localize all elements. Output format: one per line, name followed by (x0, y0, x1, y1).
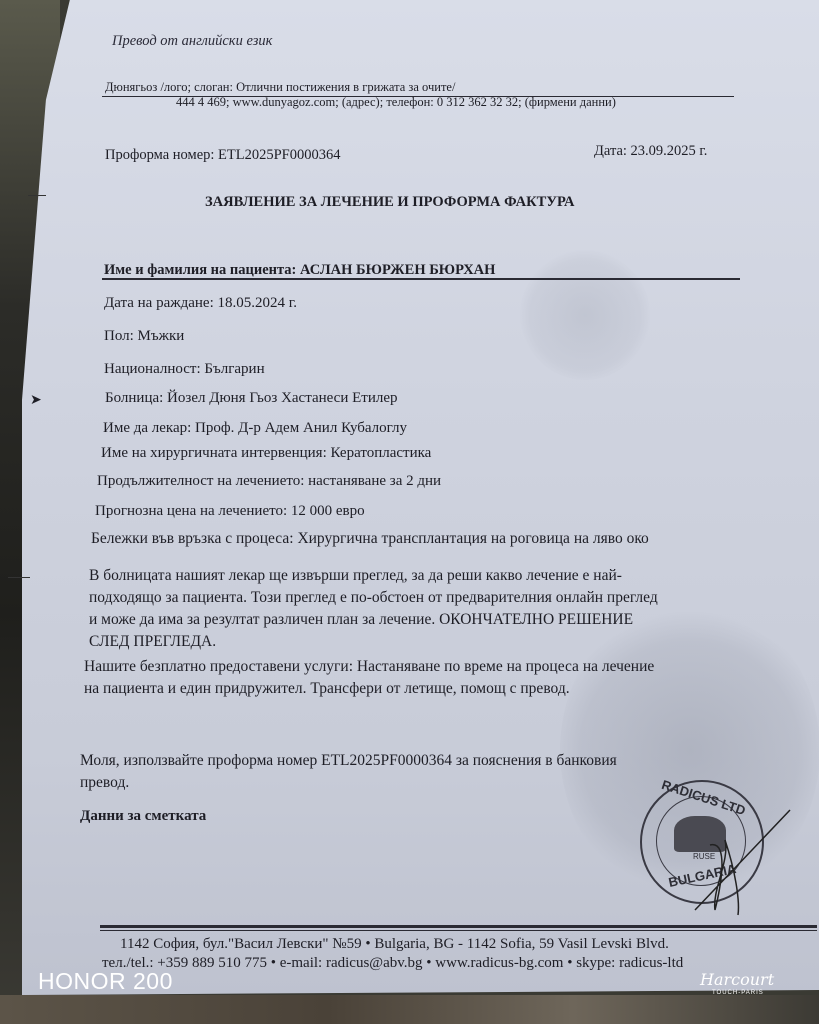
footer-address: 1142 София, бул."Васил Левски" №59 • Bul… (120, 936, 669, 953)
translation-note: Превод от английски език (112, 33, 272, 50)
paragraph-examination-line: СЛЕД ПРЕГЛЕДА. (89, 631, 658, 653)
field-birth-date: Дата на раждане: 18.05.2024 г. (104, 295, 297, 312)
paragraph-examination-line: и може да има за резултат различен план … (89, 609, 658, 631)
proforma-number: Проформа номер: ETL2025PF0000364 (105, 147, 340, 164)
footer-rule-bottom (100, 930, 817, 931)
field-hospital: Болница: Йозел Дюня Гьоз Хастанеси Етиле… (105, 390, 398, 407)
paragraph-examination: В болницата нашият лекар ще извърши прег… (89, 565, 658, 653)
paragraph-examination-line: В болницата нашият лекар ще извърши прег… (89, 565, 658, 587)
patient-name: Име и фамилия на пациента: АСЛАН БЮРЖЕН … (104, 262, 495, 279)
field-notes: Бележки във връзка с процеса: Хирургична… (91, 530, 649, 548)
field-nationality: Националност: Българин (104, 361, 265, 378)
document-title: ЗАЯВЛЕНИЕ ЗА ЛЕЧЕНИЕ И ПРОФОРМА ФАКТУРА (205, 194, 574, 211)
document-date: Дата: 23.09.2025 г. (594, 143, 707, 160)
letterhead-line1: Дюнягьоз /лого; слоган: Отлични постижен… (105, 80, 455, 95)
patient-name-rule (102, 278, 740, 280)
paragraph-bank-reference-line: Моля, използвайте проформа номер ETL2025… (80, 750, 617, 772)
margin-mark-arrow-icon: ➤ (30, 392, 42, 409)
paragraph-services-line: на пациента и един придружител. Трансфер… (84, 678, 654, 700)
signature-icon (690, 800, 800, 920)
footer-rule-top (100, 925, 817, 928)
paragraph-bank-reference: Моля, използвайте проформа номер ETL2025… (80, 750, 617, 794)
camera-brand-watermark: Harcourt (700, 970, 774, 989)
letterhead-line2: 444 4 469; www.dunyagoz.com; (адрес); те… (176, 95, 616, 110)
field-duration: Продължителност на лечението: настаняван… (97, 473, 441, 490)
camera-brand-sub-watermark: TOUCH-PARIS (712, 990, 764, 996)
field-doctor: Име да лекар: Проф. Д-р Адем Анил Кубало… (103, 420, 407, 437)
paragraph-services-line: Нашите безплатно предоставени услуги: На… (84, 656, 654, 678)
field-procedure: Име на хирургичната интервенция: Кератоп… (101, 445, 431, 462)
faint-stamp-upper (520, 250, 650, 380)
footer-contacts: тел./tel.: +359 889 510 775 • e-mail: ra… (102, 955, 683, 972)
background-bottom (0, 995, 819, 1024)
margin-mark-dash (28, 195, 46, 196)
margin-mark-dash (8, 577, 30, 578)
field-gender: Пол: Мъжки (104, 328, 184, 345)
camera-device-watermark: HONOR 200 (38, 968, 173, 995)
paragraph-examination-line: подходящо за пациента. Този преглед е по… (89, 587, 658, 609)
paragraph-bank-reference-line: превод. (80, 772, 617, 794)
paragraph-services: Нашите безплатно предоставени услуги: На… (84, 656, 654, 700)
field-estimated-price: Прогнозна цена на лечението: 12 000 евро (95, 503, 365, 520)
account-data-heading: Данни за сметката (80, 808, 206, 825)
